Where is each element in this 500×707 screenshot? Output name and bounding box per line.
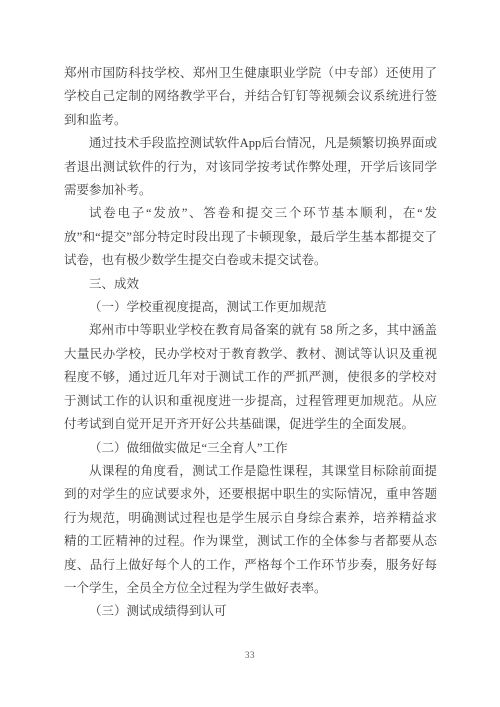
subsection-heading: （一）学校重视度提高，测试工作更加规范 <box>64 296 437 319</box>
paragraph: 通过技术手段监控测试软件App后台情况，凡是频繁切换界面或者退出测试软件的行为，… <box>64 132 437 202</box>
paragraph: 郑州市国防科技学校、郑州卫生健康职业学院（中专部）还使用了学校自己定制的网络教学… <box>64 62 437 132</box>
paragraph: 试卷电子“发放”、答卷和提交三个环节基本顺利，在“发放”和“提交”部分特定时段出… <box>64 202 437 272</box>
page-number: 33 <box>0 650 500 660</box>
section-heading: 三、成效 <box>64 273 437 296</box>
paragraph: 从课程的角度看，测试工作是隐性课程，其课堂目标除前面提到的对学生的应试要求外，还… <box>64 460 437 600</box>
paragraph: 郑州市中等职业学校在教育局备案的就有 58 所之多，其中涵盖大量民办学校，民办学… <box>64 319 437 436</box>
subsection-heading: （二）做细做实做足“三全育人”工作 <box>64 437 437 460</box>
subsection-heading: （三）测试成绩得到认可 <box>64 600 437 623</box>
document-body: 郑州市国防科技学校、郑州卫生健康职业学院（中专部）还使用了学校自己定制的网络教学… <box>64 62 437 624</box>
document-page: 郑州市国防科技学校、郑州卫生健康职业学院（中专部）还使用了学校自己定制的网络教学… <box>0 0 500 707</box>
